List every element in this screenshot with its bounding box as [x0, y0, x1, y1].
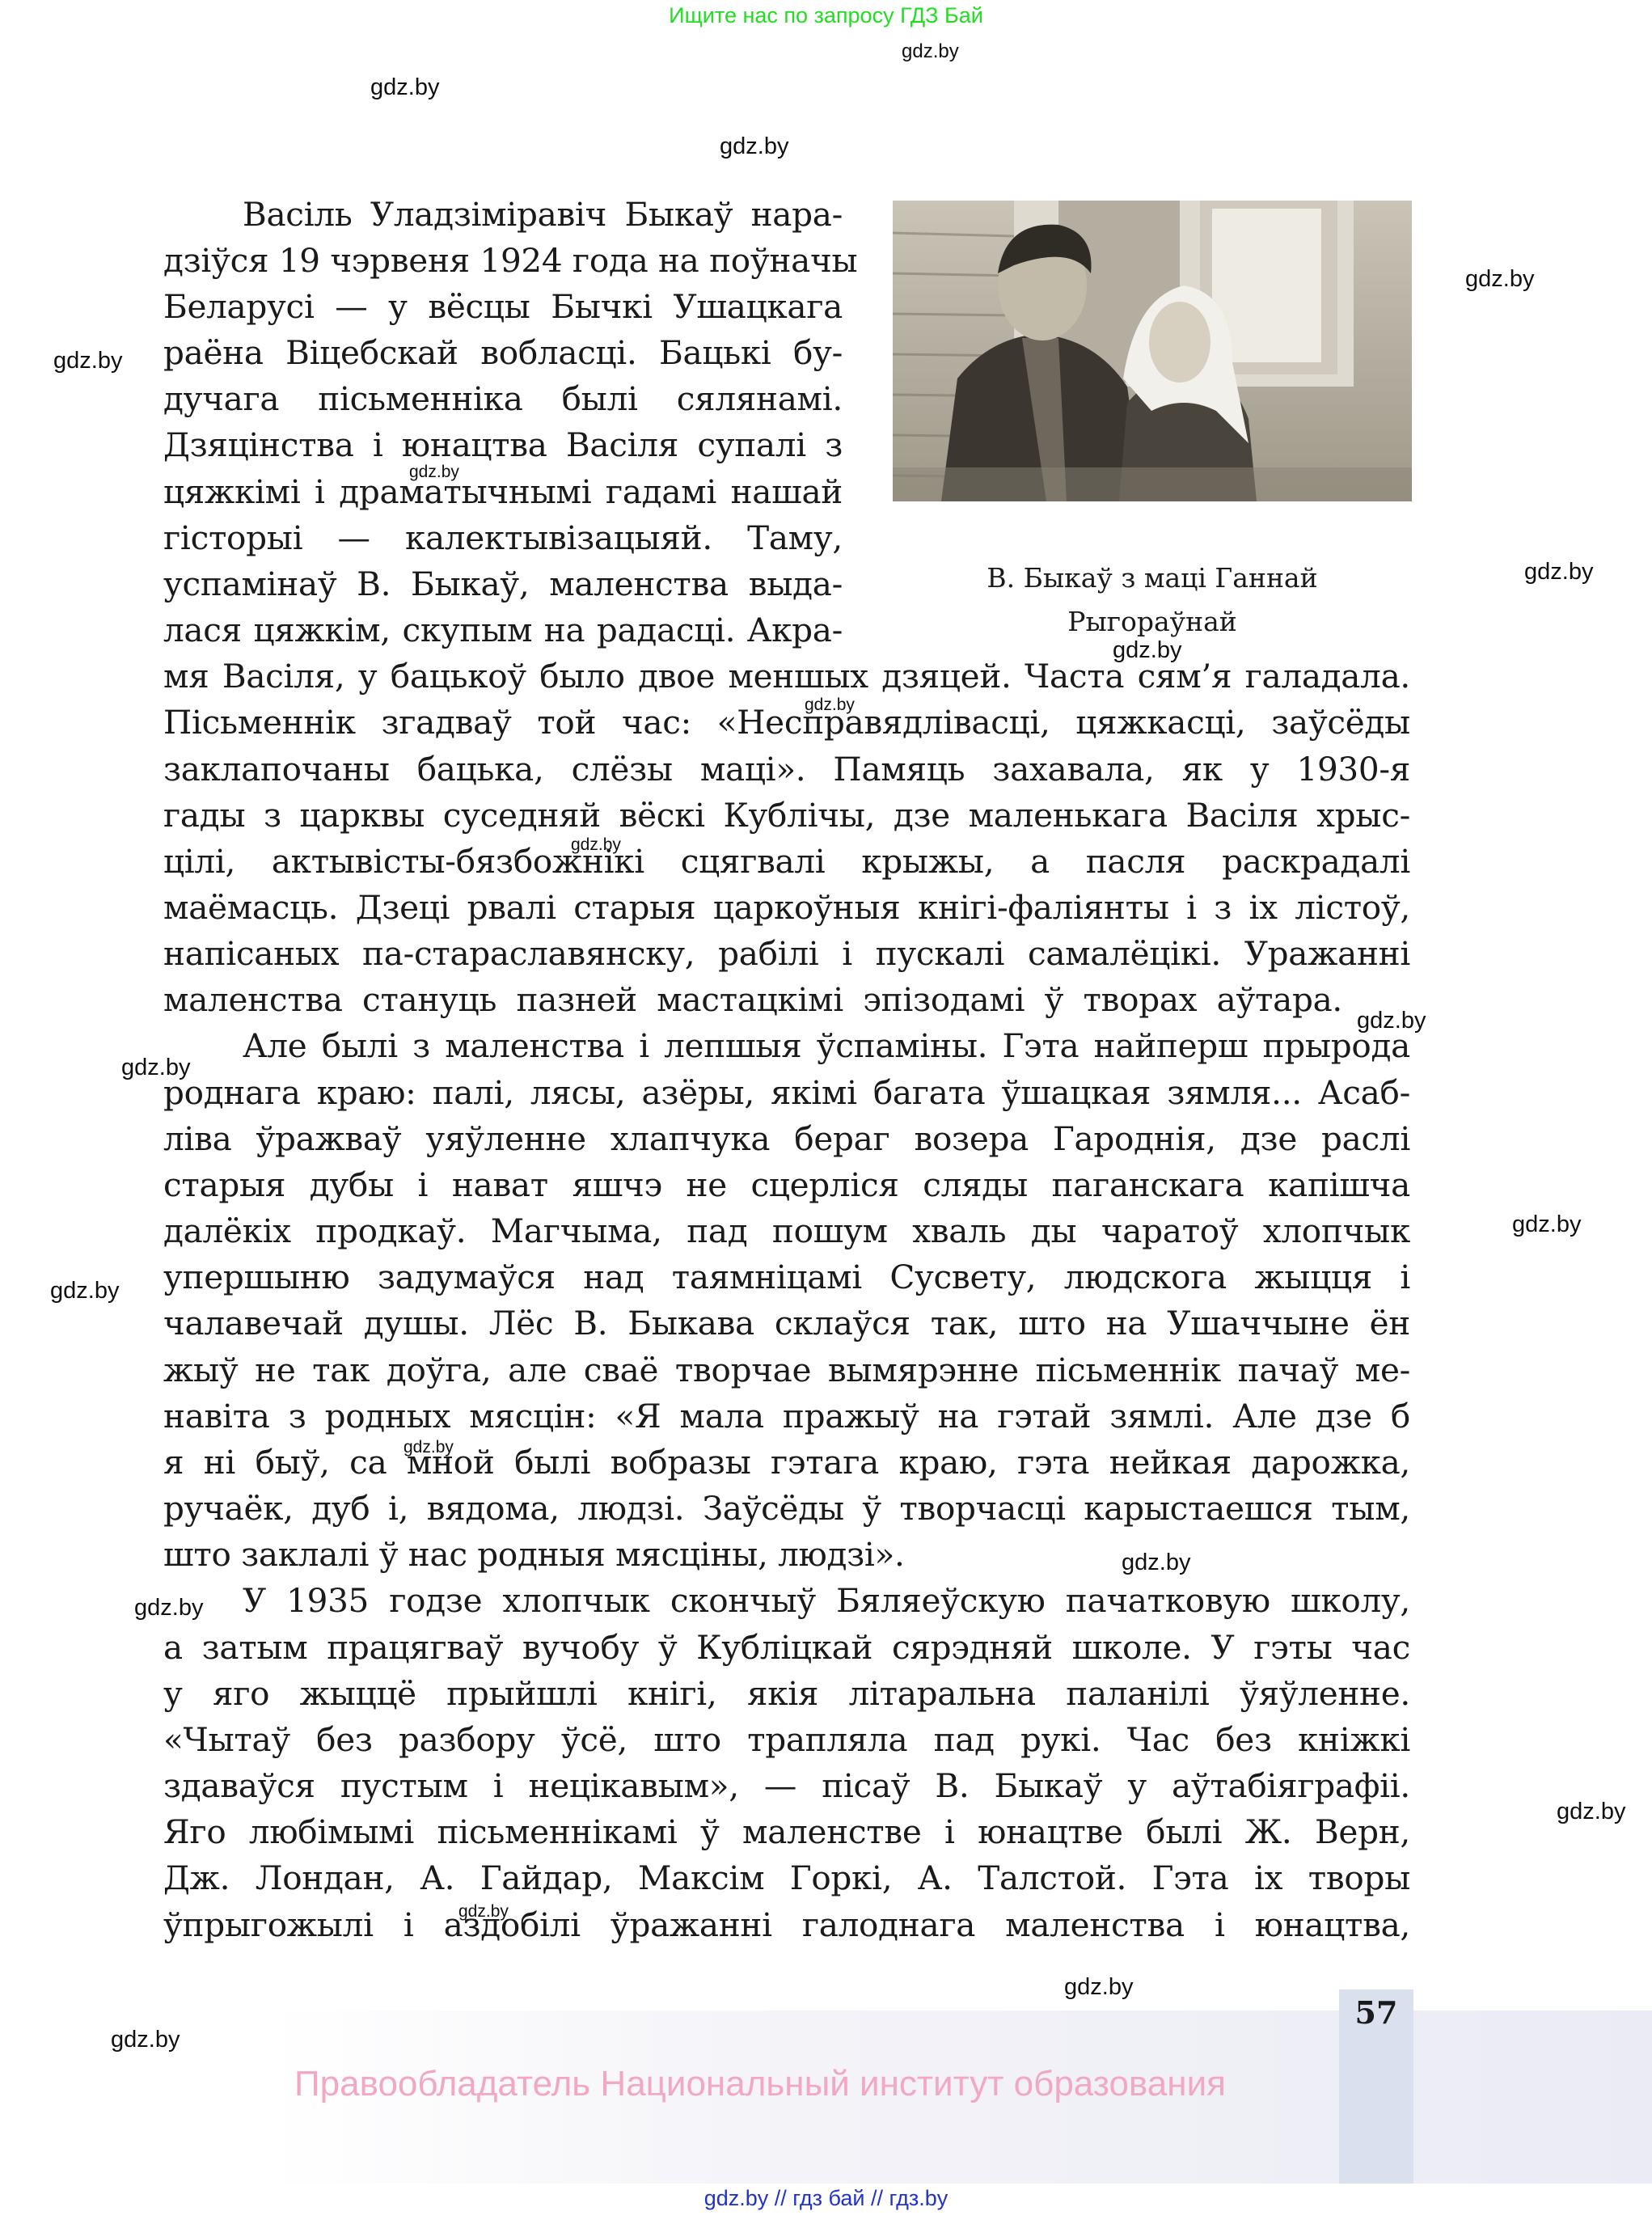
watermark: gdz.by — [370, 76, 439, 99]
text-line: чалавечай душы. Лёс В. Быкава склаўся та… — [163, 1307, 1410, 1340]
watermark: gdz.by — [50, 1279, 119, 1303]
text-line: Дзяцінства і юнацтва Васіля супалі з — [163, 429, 843, 462]
photo-caption: В. Быкаў з маці Ганнай Рыгораўнай — [893, 556, 1412, 644]
text-line: заклапочаны бацька, слёзы маці». Памяць … — [163, 753, 1410, 786]
text-line: У 1935 годзе хлопчык скончыў Бяляеўскую … — [243, 1584, 1410, 1617]
site-links[interactable]: gdz.by // гдз бай // гдз.by — [0, 2186, 1652, 2211]
text-line: ліва ўражваў уяўленне хлапчука бераг воз… — [163, 1123, 1410, 1156]
text-line: Але былі з маленства і лепшыя ўспаміны. … — [243, 1030, 1410, 1063]
text-line: маёмасць. Дзеці рвалі старыя царкоўныя к… — [163, 891, 1410, 924]
watermark: gdz.by — [902, 42, 959, 61]
caption-line-2: Рыгораўнай — [893, 600, 1412, 644]
watermark: gdz.by — [111, 2028, 180, 2052]
text-line: «Чытаў без разбору ўсё, што трапляла пад… — [163, 1723, 1410, 1757]
text-line: дучага пісьменніка былі сялянамі. — [163, 383, 843, 416]
watermark: gdz.by — [720, 135, 788, 159]
page-number: 57 — [1339, 1994, 1413, 2031]
text-line: Пісьменнік згадваў той час: «Несправядлі… — [163, 706, 1410, 739]
text-line: у яго жыццё прыйшлі кнігі, якія літараль… — [163, 1677, 1410, 1710]
text-line: успамінаў В. Быкаў, маленства выда- — [163, 568, 843, 601]
watermark: gdz.by — [1122, 1551, 1190, 1575]
text-line: Васіль Уладзіміравіч Быкаў нара- — [243, 198, 843, 231]
watermark: gdz.by — [134, 1596, 203, 1620]
text-line: раёна Віцебскай вобласці. Бацькі бу- — [163, 336, 843, 370]
watermark: gdz.by — [1557, 1800, 1625, 1824]
search-banner: Ищите нас по запросу ГДЗ Бай — [0, 3, 1652, 28]
photo-illustration — [893, 201, 1412, 501]
watermark: gdz.by — [1064, 1976, 1133, 1999]
text-line: навіта з родных мясцін: «Я мала пражыў н… — [163, 1400, 1410, 1433]
text-line: што заклалі ў нас родныя мясціны, людзі»… — [163, 1538, 905, 1571]
text-line: Беларусі — у вёсцы Бычкі Ушацкага — [163, 290, 843, 323]
text-line: дзіўся 19 чэрвеня 1924 года на поўначы — [163, 244, 843, 277]
text-line: далёкіх продкаў. Магчыма, пад пошум хвал… — [163, 1215, 1410, 1248]
text-line: напісаных па-стараславянску, рабілі і пу… — [163, 937, 1410, 970]
text-line: старыя дубы і нават яшчэ не сцерліся сля… — [163, 1169, 1410, 1202]
text-line: мя Васіля, у бацькоў было двое меншых дз… — [163, 660, 1410, 693]
text-line: ручаёк, дуб і, вядома, людзі. Заўсёды ў … — [163, 1492, 1410, 1525]
text-line: цяжкімі і драматычнымі гадамі нашай — [163, 476, 843, 509]
text-line: жыў не так доўга, але сваё творчае вымяр… — [163, 1354, 1410, 1387]
watermark: gdz.by — [53, 349, 122, 373]
text-line: цілі, актывісты-бязбожнікі сцягвалі крыж… — [163, 845, 1410, 878]
text-line: здаваўся пустым і нецікавым», — пісаў В.… — [163, 1769, 1410, 1803]
text-line: я ні быў, са мной былі вобразы гэтага кр… — [163, 1446, 1410, 1479]
watermark: gdz.by — [1524, 560, 1593, 584]
text-line: ўпрыгожылі і аздобілі ўражанні галоднага… — [163, 1909, 1410, 1942]
watermark: gdz.by — [1512, 1213, 1581, 1237]
text-line: упершыню задумаўся над таямніцамі Сусвет… — [163, 1261, 1410, 1294]
caption-line-1: В. Быкаў з маці Ганнай — [893, 556, 1412, 600]
author-photo — [893, 201, 1412, 501]
text-line: маленства стануць пазней мастацкімі эпіз… — [163, 983, 1342, 1017]
watermark: gdz.by — [1465, 268, 1534, 291]
rights-holder-notice: Правообладатель Национальный институт об… — [294, 2064, 1226, 2104]
text-line: Яго любімымі пісьменнікамі ў маленстве і… — [163, 1816, 1410, 1849]
text-line: а затым працягваў вучобу ў Кубліцкай сяр… — [163, 1631, 1410, 1664]
text-line: гісторыі — калектывізацыяй. Таму, — [163, 522, 843, 555]
text-line: лася цяжкім, скупым на радасці. Акра- — [163, 614, 843, 647]
text-line: Дж. Лондан, А. Гайдар, Максім Горкі, А. … — [163, 1862, 1410, 1895]
text-line: гады з царквы суседняй вёскі Кублічы, дз… — [163, 799, 1410, 832]
text-line: роднага краю: палі, лясы, азёры, якімі б… — [163, 1076, 1410, 1110]
